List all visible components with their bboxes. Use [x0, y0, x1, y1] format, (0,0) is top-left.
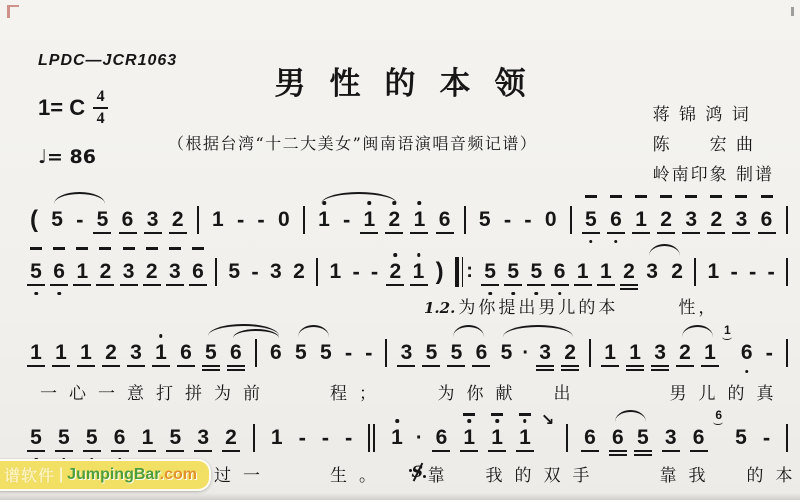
note: 3	[735, 207, 747, 233]
note: 6	[230, 340, 242, 366]
slur-arc	[503, 325, 573, 337]
note: 3	[665, 425, 677, 451]
note: 3	[130, 340, 142, 366]
note: 3	[539, 340, 551, 366]
duration-dash: -	[371, 259, 378, 285]
note: 2	[172, 207, 184, 233]
underline-beam	[657, 232, 675, 234]
underline-beam	[609, 454, 627, 456]
slur-group: 56	[450, 340, 487, 366]
underline-beam	[690, 450, 708, 452]
tenuto-mark	[463, 413, 475, 416]
watermark-cn-text: 谱软件	[4, 463, 55, 486]
tenuto-mark	[761, 195, 773, 198]
barline	[694, 258, 696, 286]
duration-dash: -	[524, 207, 531, 233]
barline	[253, 424, 255, 452]
underline-beam	[527, 284, 545, 286]
underline-beam	[707, 232, 725, 234]
note: 6	[612, 425, 624, 451]
note: 3	[197, 425, 209, 451]
slide-down-icon: ↘	[541, 410, 554, 429]
underline-beam	[609, 450, 627, 452]
composer-credit: 陈 宏 曲	[653, 130, 774, 160]
underline-beam	[27, 450, 45, 452]
note: 5	[320, 340, 332, 366]
underline-beam	[551, 284, 569, 286]
rest-note: 0	[545, 207, 557, 233]
note: 5	[479, 207, 491, 233]
barline	[215, 258, 217, 286]
underline-beam	[222, 450, 240, 452]
note: 6	[761, 207, 773, 233]
slur-arc	[615, 410, 646, 422]
watermark-separator: |	[59, 466, 63, 484]
octave-dot-above	[393, 201, 397, 205]
note: 2	[679, 340, 691, 366]
barline	[197, 206, 199, 234]
watermark-tld: .com	[160, 466, 197, 483]
note: 2	[99, 259, 111, 285]
underline-beam	[662, 450, 680, 452]
note: 2	[105, 340, 117, 366]
notation-line-3: 111231656655--35565·321132116-	[30, 331, 788, 375]
note: 5	[735, 425, 747, 451]
fraction-bar	[93, 107, 108, 109]
slur-arc	[321, 192, 397, 204]
underline-beam	[152, 365, 170, 367]
underline-beam	[536, 365, 554, 367]
note: 2	[293, 259, 305, 285]
underline-beam	[516, 450, 534, 452]
barline	[385, 339, 387, 367]
note: 1	[629, 340, 641, 366]
tenuto-mark	[635, 195, 647, 198]
grace-note: 6	[715, 409, 722, 421]
underline-beam	[397, 365, 415, 367]
underline-beam	[432, 450, 450, 452]
underline-beam	[227, 369, 245, 371]
octave-dot-below	[589, 240, 593, 244]
slur-arc	[54, 192, 105, 204]
duration-dash: -	[251, 259, 258, 285]
tempo-value: = 86	[47, 146, 96, 168]
note: 3	[270, 259, 282, 285]
note: 6	[122, 207, 134, 233]
note: 3	[147, 207, 159, 233]
note: 1	[329, 259, 341, 285]
duration-dash: -	[763, 425, 770, 451]
note: 5	[30, 425, 42, 451]
barline	[303, 206, 305, 234]
duration-dash: -	[352, 259, 359, 285]
duration-dash: -	[504, 207, 511, 233]
octave-dot-above	[523, 419, 527, 423]
note: 5	[530, 259, 542, 285]
note: 6	[435, 425, 447, 451]
barline	[786, 258, 788, 286]
duration-dash: -	[766, 340, 773, 366]
octave-dot-above	[368, 201, 372, 205]
note: 6	[114, 425, 126, 451]
subtitle: （根据台湾“十二大美女”闽南语演唱音频记谱）	[168, 131, 537, 154]
underline-beam	[385, 232, 403, 234]
underline-beam	[651, 365, 669, 367]
key-signature: 1= C 4 4	[38, 88, 108, 128]
note: 6	[584, 425, 596, 451]
underline-beam	[120, 284, 138, 286]
watermark-badge[interactable]: 谱软件 | JumpingBar.com	[0, 459, 211, 491]
note: 1	[600, 259, 612, 285]
underline-beam	[582, 232, 600, 234]
underline-beam	[360, 232, 378, 234]
underline-beam	[574, 284, 592, 286]
octave-dot-above	[395, 419, 399, 423]
key-prefix: 1= C	[38, 95, 85, 121]
note: 3	[654, 340, 666, 366]
duration-dash: -	[299, 425, 306, 451]
note: 5	[484, 259, 496, 285]
slur-group: 65	[612, 425, 649, 451]
notation-line-2: 561232365-321--21):5556112321---	[30, 250, 788, 294]
note: 1	[80, 340, 92, 366]
barline	[786, 424, 788, 452]
note: 2	[146, 259, 158, 285]
barline	[570, 206, 572, 234]
note: 1	[519, 425, 531, 451]
slur-group: 5·32	[500, 340, 576, 366]
time-numerator: 4	[97, 88, 105, 106]
octave-dot-above	[417, 253, 421, 257]
underline-beam	[481, 284, 499, 286]
note: 1	[577, 259, 589, 285]
note: 2	[623, 259, 635, 285]
notation-line-1: (5-56321--01-12165--056123236	[30, 198, 788, 242]
tenuto-mark	[710, 195, 722, 198]
underline-beam	[472, 365, 490, 367]
underline-beam	[676, 365, 694, 367]
note: 1	[491, 425, 503, 451]
barline	[786, 206, 788, 234]
underline-beam	[202, 369, 220, 371]
note: 5	[425, 340, 437, 366]
duration-dash: -	[345, 340, 352, 366]
augmentation-dot: ·	[416, 427, 423, 450]
underline-beam	[410, 232, 428, 234]
underline-beam	[194, 450, 212, 452]
scan-artifact	[7, 5, 19, 18]
note: 1	[463, 425, 475, 451]
underline-beam	[102, 365, 120, 367]
underline-beam	[651, 369, 669, 371]
tenuto-mark	[192, 247, 204, 250]
sheet-music-page: LPDC—JCR1063 男性的本领 1= C 4 4 （根据台湾“十二大美女”…	[0, 0, 800, 500]
underline-beam	[77, 365, 95, 367]
barline	[255, 339, 257, 367]
note: 1	[704, 340, 716, 366]
note: 2	[660, 207, 672, 233]
underline-beam	[504, 284, 522, 286]
note: 6	[610, 207, 622, 233]
note: 5	[30, 259, 42, 285]
lyric-text: 靠 我的双手 靠我 的本领，	[428, 466, 800, 486]
barline	[589, 339, 591, 367]
underline-beam	[701, 365, 719, 367]
underline-beam	[758, 232, 776, 234]
note: 6	[192, 259, 204, 285]
tenuto-mark	[610, 195, 622, 198]
slur-arc	[682, 325, 713, 337]
note: 5	[295, 340, 307, 366]
underline-beam	[177, 365, 195, 367]
underline-beam	[144, 232, 162, 234]
tenuto-mark	[76, 247, 88, 250]
note: 1	[635, 207, 647, 233]
lyrics-line-1: 1.2.为你提出男儿的本 性，	[424, 293, 718, 318]
underline-beam	[632, 232, 650, 234]
note: 6	[693, 425, 705, 451]
credits: 蒋 锦 鸿 词 陈 宏 曲 岭南印象 制谱	[653, 100, 774, 190]
note: 5	[637, 425, 649, 451]
note: 6	[439, 207, 451, 233]
underline-beam	[626, 365, 644, 367]
note: 6	[180, 340, 192, 366]
note: 1	[271, 425, 283, 451]
note: 1	[413, 207, 425, 233]
note: 3	[646, 259, 658, 285]
barline	[566, 424, 568, 452]
underline-beam	[143, 284, 161, 286]
barline	[786, 339, 788, 367]
note: 5	[450, 340, 462, 366]
underline-beam	[50, 284, 68, 286]
octave-dot-above	[418, 201, 422, 205]
underline-beam	[422, 365, 440, 367]
slur-group: 1-12	[318, 207, 400, 233]
underline-beam	[169, 232, 187, 234]
underline-beam	[73, 284, 91, 286]
scan-artifact	[784, 7, 794, 16]
octave-dot-above	[159, 334, 163, 338]
note: 1	[391, 425, 403, 451]
double-barline	[368, 424, 375, 452]
underline-beam	[227, 365, 245, 367]
underline-beam	[601, 365, 619, 367]
slur-group: 5-5	[51, 207, 108, 233]
note: 1	[413, 259, 425, 285]
tenuto-mark	[685, 195, 697, 198]
slur-arc	[453, 325, 484, 337]
underline-beam	[436, 232, 454, 234]
underline-beam	[732, 232, 750, 234]
note: 1	[55, 340, 67, 366]
note: 5	[205, 340, 217, 366]
octave-dot-above	[322, 201, 326, 205]
octave-dot-below	[745, 370, 749, 374]
note: 3	[169, 259, 181, 285]
note: 1	[155, 340, 167, 366]
lyric-text: 为你提出男儿的本 性，	[458, 298, 718, 318]
underline-beam	[634, 450, 652, 452]
octave-dot-above	[495, 419, 499, 423]
underline-beam	[189, 284, 207, 286]
duration-dash: -	[365, 340, 372, 366]
underline-beam	[27, 284, 45, 286]
underline-beam	[166, 450, 184, 452]
song-title: 男性的本领	[0, 58, 800, 103]
underline-beam	[561, 369, 579, 371]
lyric-text: 一心一意打拼为前 程； 为你献 出 男儿的真 情，	[40, 384, 800, 404]
time-signature: 4 4	[93, 88, 108, 128]
note: 2	[710, 207, 722, 233]
tenuto-mark	[146, 247, 158, 250]
note: 5	[585, 207, 597, 233]
tenuto-mark	[660, 195, 672, 198]
note: 6	[554, 259, 566, 285]
note: 1	[141, 425, 153, 451]
note: 6	[53, 259, 65, 285]
underline-beam	[166, 284, 184, 286]
underline-beam	[83, 450, 101, 452]
barline	[316, 258, 318, 286]
note: 3	[685, 207, 697, 233]
underline-beam	[386, 284, 404, 286]
tenuto-mark	[519, 413, 531, 416]
lyrics-line-2: 一心一意打拼为前 程； 为你献 出 男儿的真 情，	[40, 379, 800, 404]
duration-dash: -	[345, 425, 352, 451]
underline-beam	[488, 450, 506, 452]
scan-shadow	[0, 493, 800, 500]
underline-beam	[127, 365, 145, 367]
parenthesis: (	[30, 207, 38, 233]
underline-beam	[96, 284, 114, 286]
octave-dot-below	[57, 292, 61, 296]
note: 2	[388, 207, 400, 233]
note: 1	[604, 340, 616, 366]
parenthesis: )	[436, 259, 444, 285]
underline-beam	[111, 450, 129, 452]
note: 5	[507, 259, 519, 285]
slur-group: 55	[295, 340, 332, 366]
underline-beam	[447, 365, 465, 367]
quarter-note-icon: ♩	[38, 146, 47, 168]
note: 3	[400, 340, 412, 366]
tenuto-mark	[735, 195, 747, 198]
slur-group: 566	[205, 339, 282, 367]
note: 1	[76, 259, 88, 285]
slur-group: 21	[679, 340, 716, 366]
note: 1	[30, 340, 42, 366]
underline-beam	[93, 232, 111, 234]
note: 2	[225, 425, 237, 451]
note: 5	[58, 425, 70, 451]
tenuto-mark	[585, 195, 597, 198]
rest-note: 0	[278, 207, 290, 233]
tenuto-mark	[491, 413, 503, 416]
note: 6	[475, 340, 487, 366]
note: 1	[212, 207, 224, 233]
tempo-marking: ♩= 86	[38, 146, 96, 168]
note: 5	[228, 259, 240, 285]
note: 5	[51, 207, 63, 233]
note: 1	[318, 207, 330, 233]
underline-beam	[119, 232, 137, 234]
duration-dash: -	[322, 425, 329, 451]
underline-beam	[202, 365, 220, 367]
slur-arc	[298, 325, 329, 337]
underline-beam	[27, 365, 45, 367]
repeat-start-sign: :	[455, 257, 473, 287]
duration-dash: -	[257, 207, 264, 233]
duration-dash: -	[749, 259, 756, 285]
underline-beam	[620, 288, 638, 290]
slur-group: 32	[646, 259, 683, 285]
duration-dash: -	[343, 207, 350, 233]
tenuto-mark	[99, 247, 111, 250]
tenuto-mark	[53, 247, 65, 250]
note: 1	[363, 207, 375, 233]
duration-dash: -	[731, 259, 738, 285]
tenuto-mark	[123, 247, 135, 250]
underline-beam	[52, 365, 70, 367]
note: 6	[741, 340, 753, 366]
arranger-credit: 岭南印象 制谱	[653, 160, 774, 190]
tenuto-mark	[30, 247, 42, 250]
duration-dash: -	[767, 259, 774, 285]
underline-beam	[410, 284, 428, 286]
time-denominator: 4	[97, 110, 105, 128]
underline-beam	[626, 369, 644, 371]
segno-icon: S	[410, 465, 425, 483]
underline-beam	[460, 450, 478, 452]
underline-beam	[597, 284, 615, 286]
octave-dot-below	[614, 240, 618, 244]
note: 6	[270, 340, 282, 366]
tenuto-mark	[169, 247, 181, 250]
underline-beam	[561, 365, 579, 367]
note: 1	[707, 259, 719, 285]
lyric-text: 1.2.	[424, 299, 455, 317]
underline-beam	[607, 232, 625, 234]
slur-group: 66	[230, 339, 282, 367]
duration-dash: -	[237, 207, 244, 233]
underline-beam	[682, 232, 700, 234]
note: 5	[500, 340, 512, 366]
duration-dash: -	[76, 207, 83, 233]
note: 3	[123, 259, 135, 285]
note: 2	[389, 259, 401, 285]
note: 5	[96, 207, 108, 233]
underline-beam	[536, 369, 554, 371]
underline-beam	[581, 450, 599, 452]
underline-beam	[634, 454, 652, 456]
grace-note: 1	[724, 324, 731, 336]
octave-dot-below	[34, 292, 38, 296]
slur-arc	[649, 244, 680, 256]
watermark-brand: JumpingBar	[67, 466, 159, 483]
underline-beam	[620, 284, 638, 286]
note: 5	[86, 425, 98, 451]
underline-beam	[55, 450, 73, 452]
note: 5	[169, 425, 181, 451]
notation-line-4: 555615321---1·6111↘6653665-	[30, 416, 788, 460]
underline-beam	[138, 450, 156, 452]
octave-dot-above	[394, 253, 398, 257]
note: 2	[564, 340, 576, 366]
barline	[464, 206, 466, 234]
augmentation-dot: ·	[522, 342, 529, 365]
lyricist-credit: 蒋 锦 鸿 词	[653, 100, 774, 130]
